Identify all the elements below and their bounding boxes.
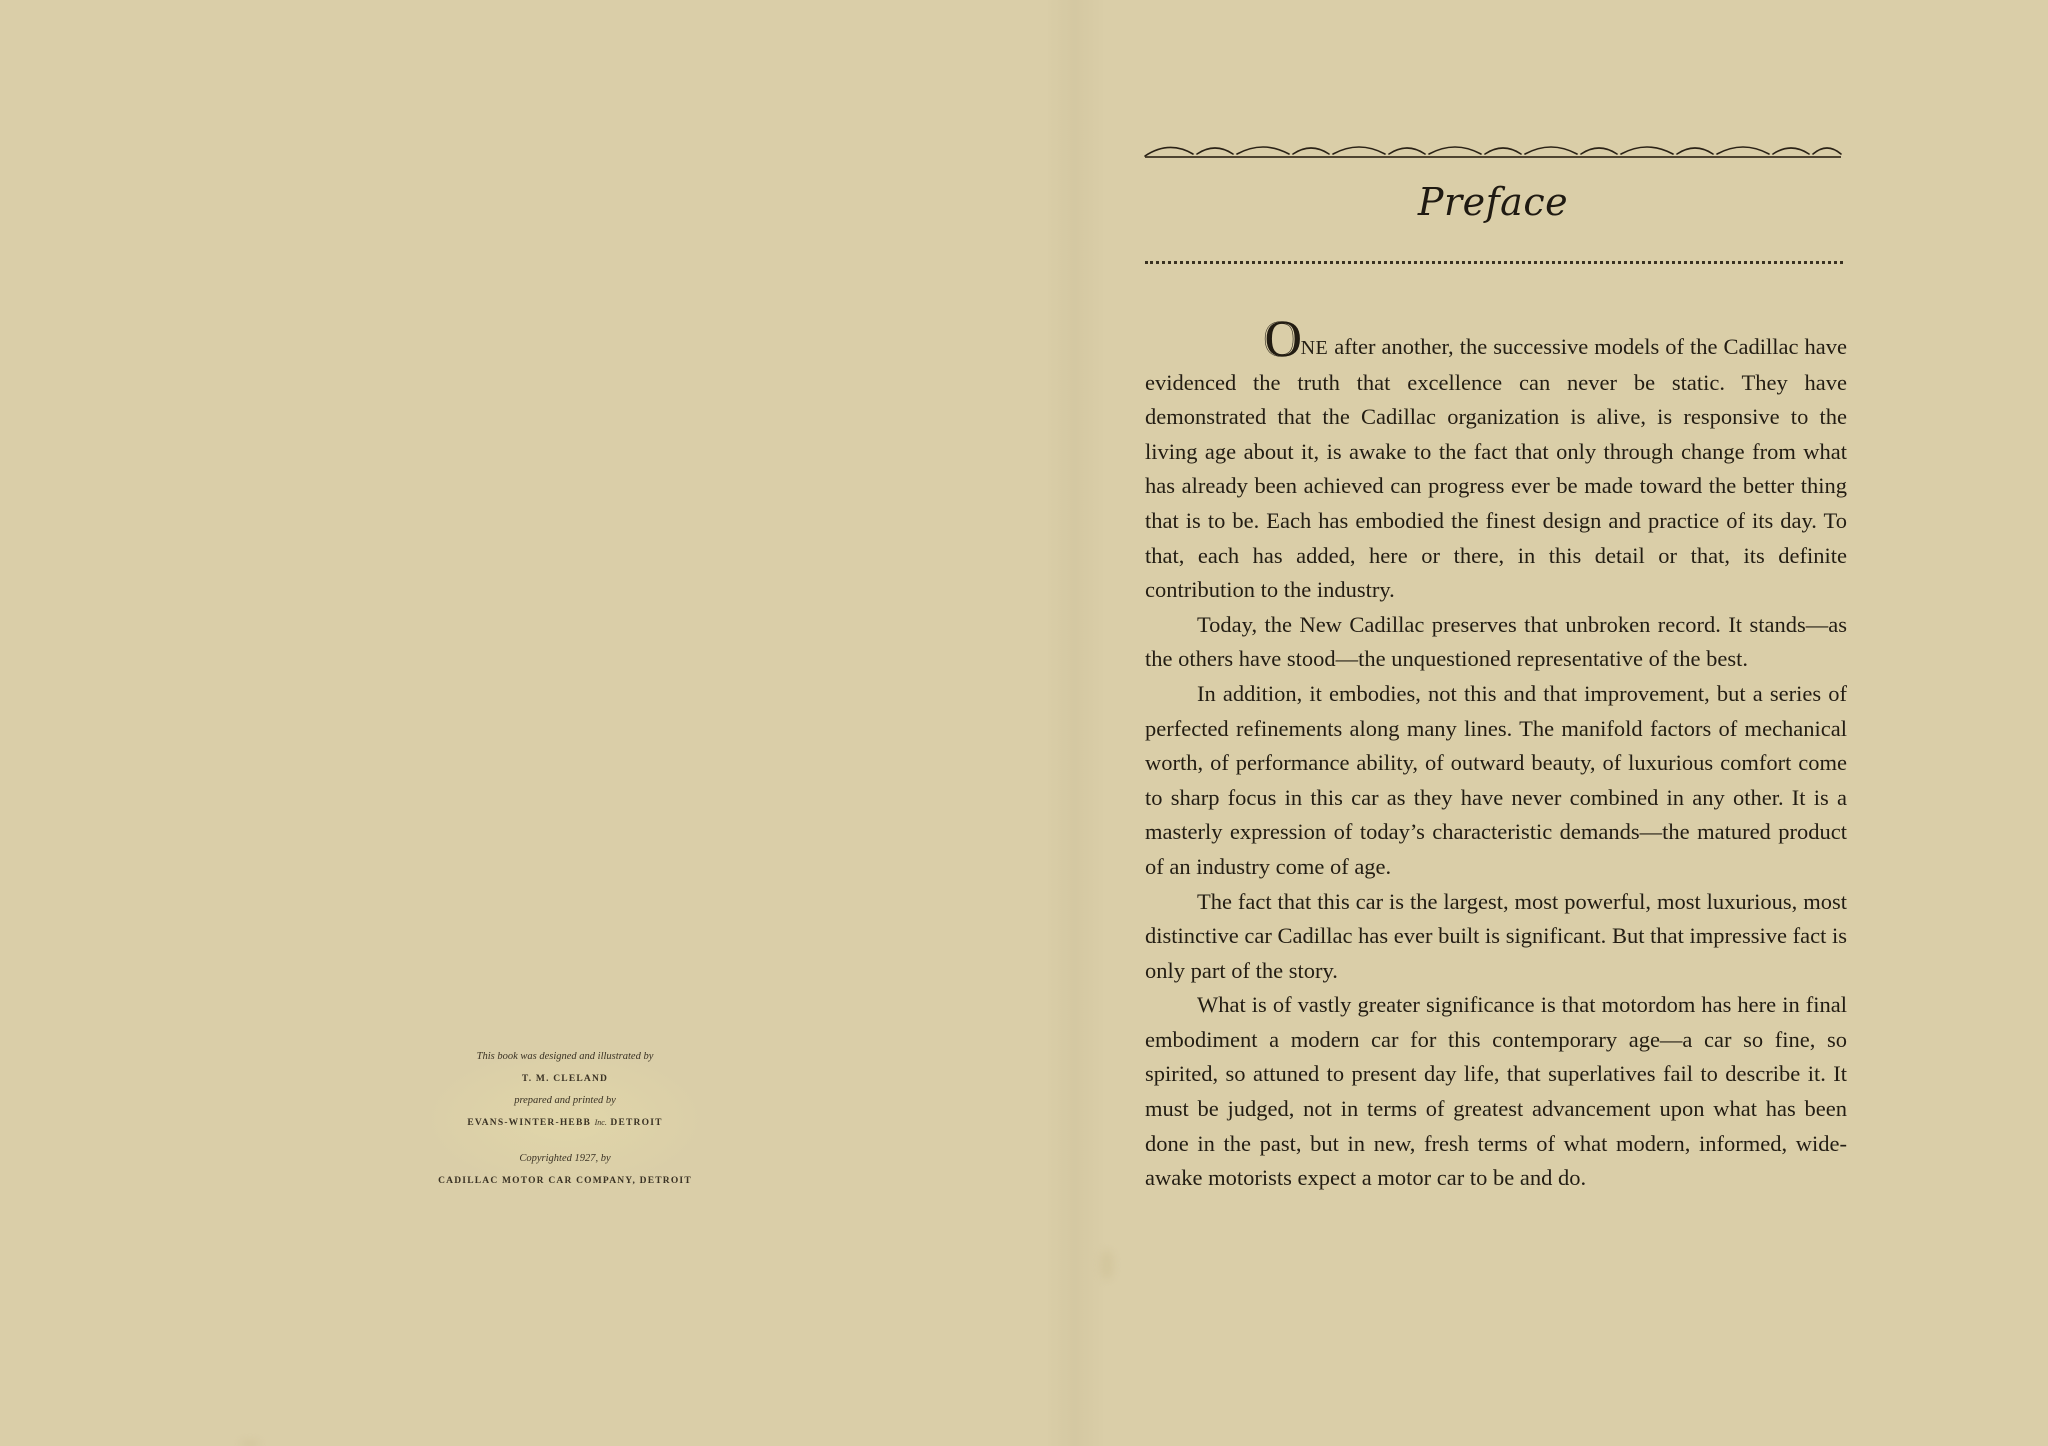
paper-stain — [240, 1440, 260, 1446]
book-spread: This book was designed and illustrated b… — [0, 0, 2048, 1446]
scalloped-border-ornament — [1143, 138, 1843, 162]
colophon-company: CADILLAC MOTOR CAR COMPANY, DETROIT — [430, 1170, 700, 1192]
preface-body: ONE after another, the successive models… — [1145, 330, 1847, 1196]
drop-cap: O — [1263, 311, 1301, 368]
colophon-printed-by: prepared and printed by — [430, 1090, 700, 1112]
printer-name: EVANS-WINTER-HEBB — [467, 1118, 591, 1128]
paragraph-4: The fact that this car is the largest, m… — [1145, 885, 1847, 989]
page-title: Preface — [1143, 180, 1843, 224]
colophon-designed-by: This book was designed and illustrated b… — [430, 1046, 700, 1068]
paragraph-5: What is of vastly greater significance i… — [1145, 988, 1847, 1196]
colophon-designer-name: T. M. CLELAND — [430, 1068, 700, 1090]
paper-stain — [1100, 1250, 1114, 1280]
printer-inc: Inc. — [595, 1118, 607, 1127]
colophon-printer-name: EVANS-WINTER-HEBB Inc. DETROIT — [430, 1112, 700, 1134]
paragraph-3: In addition, it embodies, not this and t… — [1145, 677, 1847, 885]
paragraph-2: Today, the New Cadillac preserves that u… — [1145, 608, 1847, 677]
left-page: This book was designed and illustrated b… — [0, 0, 1040, 1446]
dotted-divider — [1145, 261, 1843, 264]
paragraph-1: ONE after another, the successive models… — [1145, 330, 1847, 608]
colophon-copyright: Copyrighted 1927, by — [430, 1148, 700, 1170]
colophon: This book was designed and illustrated b… — [420, 1046, 710, 1192]
printer-city: DETROIT — [610, 1118, 662, 1128]
paragraph-text: after another, the successive models of … — [1145, 334, 1847, 602]
lead-caps: NE — [1301, 337, 1329, 359]
